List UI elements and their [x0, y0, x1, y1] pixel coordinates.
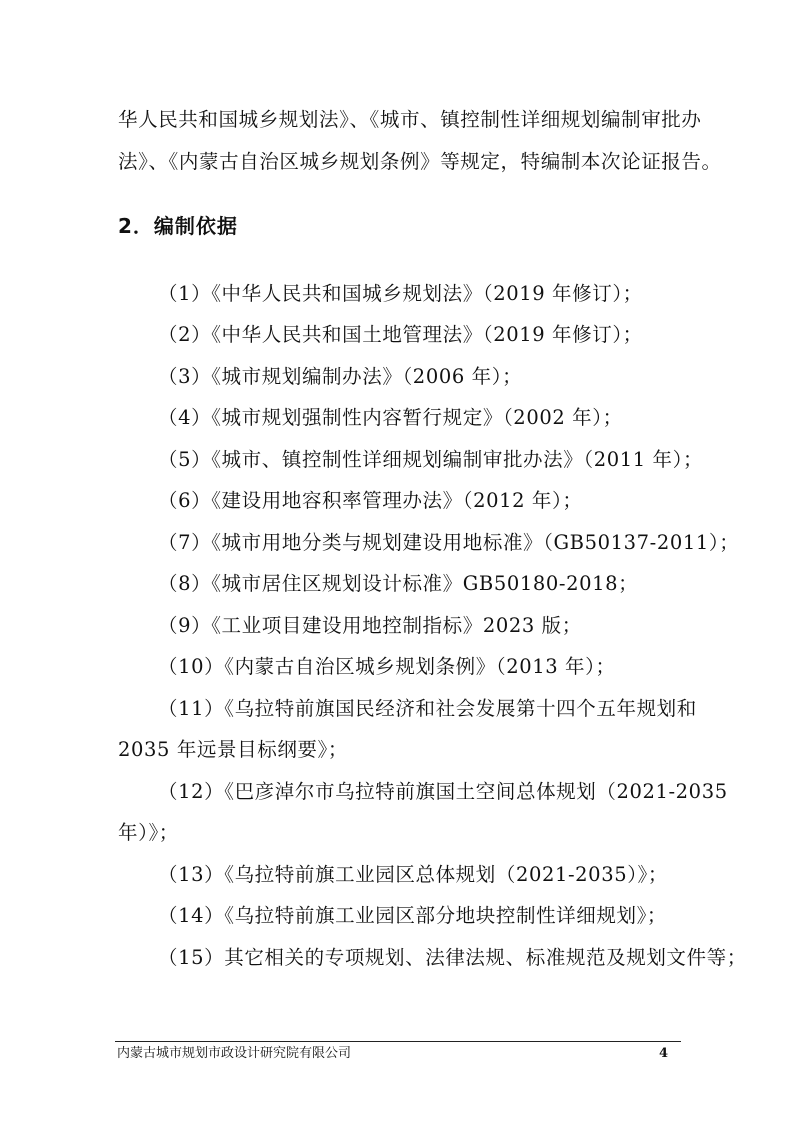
reference-item-4: （4）《城市规划强制性内容暂行规定》（2002 年）；	[158, 406, 623, 430]
reference-item-11: （11）《乌拉特前旗国民经济和社会发展第十四个五年规划和	[158, 697, 697, 721]
footer-divider	[115, 1041, 681, 1042]
reference-item-12: （12）《巴彦淖尔市乌拉特前旗国土空间总体规划（2021-2035	[158, 780, 728, 804]
reference-item-7: （7）《城市用地分类与规划建设用地标准》（GB50137-2011）；	[158, 531, 739, 555]
section-heading: 2．编制依据	[118, 214, 238, 238]
document-page: 华人民共和国城乡规划法》、《城市、镇控制性详细规划编制审批办 法》、《内蒙古自治…	[0, 0, 800, 1129]
reference-item-3: （3）《城市规划编制办法》（2006 年）；	[158, 365, 522, 389]
reference-item-9: （9）《工业项目建设用地控制指标》2023 版；	[158, 614, 582, 638]
footer-organization: 内蒙古城市规划市政设计研究院有限公司	[117, 1046, 351, 1062]
reference-item-15: （15）其它相关的专项规划、法律法规、标准规范及规划文件等；	[158, 946, 747, 970]
intro-line-2: 法》、《内蒙古自治区城乡规划条例》等规定，特编制本次论证报告。	[118, 150, 722, 174]
reference-item-11-continued: 2035 年远景目标纲要》；	[118, 738, 348, 762]
reference-item-1: （1）《中华人民共和国城乡规划法》（2019 年修订）；	[158, 282, 643, 306]
reference-item-12-continued: 年）》；	[118, 821, 179, 845]
reference-item-14: （14）《乌拉特前旗工业园区部分地块控制性详细规划》；	[158, 904, 667, 928]
reference-item-10: （10）《内蒙古自治区城乡规划条例》（2013 年）；	[158, 655, 616, 679]
reference-item-5: （5）《城市、镇控制性详细规划编制审批办法》（2011 年）；	[158, 448, 703, 472]
reference-item-6: （6）《建设用地容积率管理办法》（2012 年）；	[158, 489, 582, 513]
reference-item-2: （2）《中华人民共和国土地管理法》（2019 年修订）；	[158, 323, 643, 347]
page-number: 4	[659, 1046, 668, 1062]
reference-item-13: （13）《乌拉特前旗工业园区总体规划（2021-2035）》；	[158, 863, 668, 887]
intro-line-1: 华人民共和国城乡规划法》、《城市、镇控制性详细规划编制审批办	[118, 108, 702, 132]
reference-item-8: （8）《城市居住区规划设计标准》GB50180-2018；	[158, 572, 638, 596]
